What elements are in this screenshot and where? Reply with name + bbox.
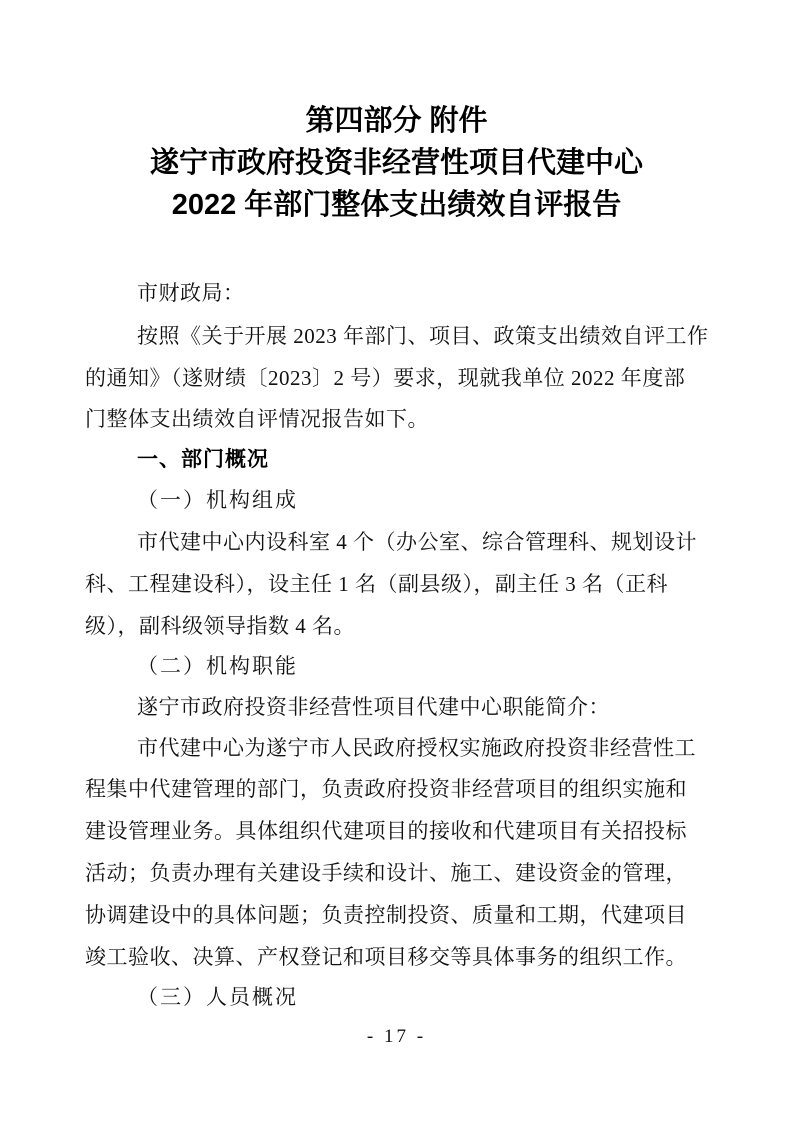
document-page: 第四部分 附件 遂宁市政府投资非经营性项目代建中心 2022 年部门整体支出绩效… xyxy=(0,0,793,1122)
subsection-heading: （一）机构组成 xyxy=(137,485,793,515)
body-line: 科、工程建设科），设主任 1 名（副县级），副主任 3 名（正科 xyxy=(85,569,745,599)
body-line: 竣工验收、决算、产权登记和项目移交等具体事务的组织工作。 xyxy=(85,942,745,972)
page-title-report-name: 2022 年部门整体支出绩效自评报告 xyxy=(0,184,793,226)
page-title-part-heading: 第四部分 附件 xyxy=(0,100,793,142)
subsection-heading: （三）人员概况 xyxy=(137,982,793,1012)
section-heading: 一、部门概况 xyxy=(137,445,793,475)
subsection-heading: （二）机构职能 xyxy=(137,651,793,681)
body-line: 门整体支出绩效自评情况报告如下。 xyxy=(85,404,745,434)
body-line: 协调建设中的具体问题；负责控制投资、质量和工期，代建项目 xyxy=(85,900,745,930)
salutation-line: 市财政局： xyxy=(137,278,793,308)
body-line: 程集中代建管理的部门，负责政府投资非经营项目的组织实施和 xyxy=(85,774,745,804)
body-line: 市代建中心内设科室 4 个（办公室、综合管理科、规划设计 xyxy=(137,527,793,557)
body-line: 按照《关于开展 2023 年部门、项目、政策支出绩效自评工作 xyxy=(137,321,793,351)
body-line: 遂宁市政府投资非经营性项目代建中心职能简介： xyxy=(137,692,793,722)
body-line: 活动；负责办理有关建设手续和设计、施工、建设资金的管理， xyxy=(85,858,745,888)
body-line: 市代建中心为遂宁市人民政府授权实施政府投资非经营性工 xyxy=(137,733,793,763)
page-title-org-name: 遂宁市政府投资非经营性项目代建中心 xyxy=(0,142,793,184)
body-line: 级），副科级领导指数 4 名。 xyxy=(85,611,745,641)
body-line: 建设管理业务。具体组织代建项目的接收和代建项目有关招投标 xyxy=(85,816,745,846)
body-line: 的通知》（遂财绩〔2023〕2 号）要求，现就我单位 2022 年度部 xyxy=(85,363,745,393)
page-number: - 17 - xyxy=(0,1024,793,1050)
